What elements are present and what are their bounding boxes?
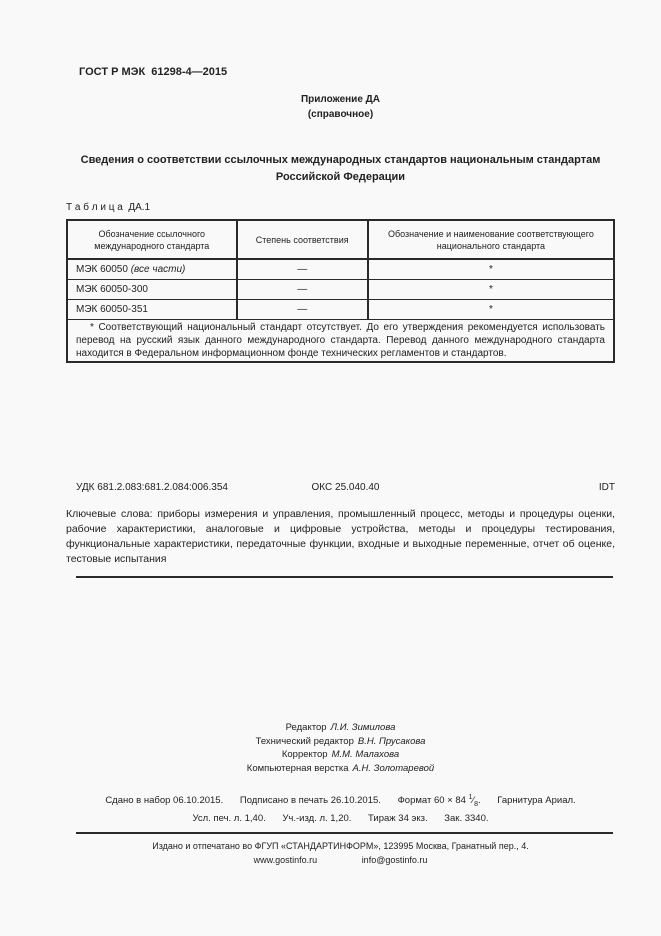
keywords-paragraph: Ключевые слова: приборы измерения и упра… xyxy=(66,507,615,567)
table-header-row: Обозначение ссылочного международного ст… xyxy=(67,220,614,259)
udk-code: УДК 681.2.083:681.2.084:006.354 xyxy=(66,481,312,495)
table-footnote-row: * Соответствующий национальный стандарт … xyxy=(67,320,614,363)
credit-line-technical-editor: Технический редакторВ.Н. Прусакова xyxy=(66,735,615,749)
imprint-typeface: Гарнитура Ариал. xyxy=(497,795,575,806)
cell-national-standard: * xyxy=(368,280,614,300)
publisher-line: Издано и отпечатано во ФГУП «СТАНДАРТИНФ… xyxy=(66,840,615,853)
col-header-degree: Степень соответствия xyxy=(237,220,368,259)
credit-line-editor: РедакторЛ.И. Зимилова xyxy=(66,721,615,735)
appendix-type: (справочное) xyxy=(66,107,615,122)
idt-label: IDT xyxy=(380,481,616,495)
col-header-national-standard: Обозначение и наименование соответствующ… xyxy=(368,220,614,259)
cell-degree: — xyxy=(237,300,368,320)
separator-rule-top xyxy=(76,576,613,578)
imprint-print-sheets: Усл. печ. л. 1,40. xyxy=(192,813,265,824)
classification-codes-row: УДК 681.2.083:681.2.084:006.354 ОКС 25.0… xyxy=(66,481,615,495)
cell-reference-standard: МЭК 60050 (все части) xyxy=(67,259,237,280)
imprint-circulation: Тираж 34 экз. xyxy=(368,813,428,824)
correspondence-table: Обозначение ссылочного международного ст… xyxy=(66,219,615,363)
credit-line-layout: Компьютерная версткаА.Н. Золотаревой xyxy=(66,762,615,776)
cell-reference-standard: МЭК 60050-300 xyxy=(67,280,237,300)
oks-code: ОКС 25.040.40 xyxy=(312,481,380,495)
section-title: Сведения о соответствии ссылочных междун… xyxy=(66,152,615,186)
website-text: www.gostinfo.ru xyxy=(254,855,318,865)
imprint-order-number: Зак. 3340. xyxy=(444,813,488,824)
document-page: ГОСТ Р МЭК 61298-4—2015 Приложение ДА (с… xyxy=(0,0,661,936)
cell-degree: — xyxy=(237,259,368,280)
standard-designation: ГОСТ Р МЭК 61298-4—2015 xyxy=(79,66,615,78)
cell-national-standard: * xyxy=(368,300,614,320)
separator-rule-bottom xyxy=(76,832,613,834)
col-header-reference-standard: Обозначение ссылочного международного ст… xyxy=(67,220,237,259)
appendix-heading: Приложение ДА (справочное) xyxy=(66,92,615,122)
table-row: МЭК 60050-300 — * xyxy=(67,280,614,300)
publisher-contacts: www.gostinfo.ru info@gostinfo.ru xyxy=(66,854,615,867)
format-fraction: 1⁄8 xyxy=(469,791,478,812)
credits-block: РедакторЛ.И. Зимилова Технический редакт… xyxy=(66,721,615,775)
cell-national-standard: * xyxy=(368,259,614,280)
credit-line-corrector: КорректорМ.М. Малахова xyxy=(66,748,615,762)
imprint-line-1: Сдано в набор 06.10.2015. Подписано в пе… xyxy=(66,791,615,812)
imprint-print-date: Подписано в печать 26.10.2015. xyxy=(240,795,381,806)
email-text: info@gostinfo.ru xyxy=(362,855,428,865)
cell-degree: — xyxy=(237,280,368,300)
imprint-publisher-sheets: Уч.-изд. л. 1,20. xyxy=(282,813,351,824)
table-label: Т а б л и ц а ДА.1 xyxy=(66,202,615,214)
table-row: МЭК 60050 (все части) — * xyxy=(67,259,614,280)
imprint-format: Формат 60 × 84 1⁄8. xyxy=(398,795,481,806)
cell-reference-standard: МЭК 60050-351 xyxy=(67,300,237,320)
imprint-line-2: Усл. печ. л. 1,40. Уч.-изд. л. 1,20. Тир… xyxy=(66,812,615,826)
imprint-set-date: Сдано в набор 06.10.2015. xyxy=(105,795,223,806)
table-footnote: * Соответствующий национальный стандарт … xyxy=(67,320,614,363)
table-row: МЭК 60050-351 — * xyxy=(67,300,614,320)
appendix-label: Приложение ДА xyxy=(66,92,615,107)
